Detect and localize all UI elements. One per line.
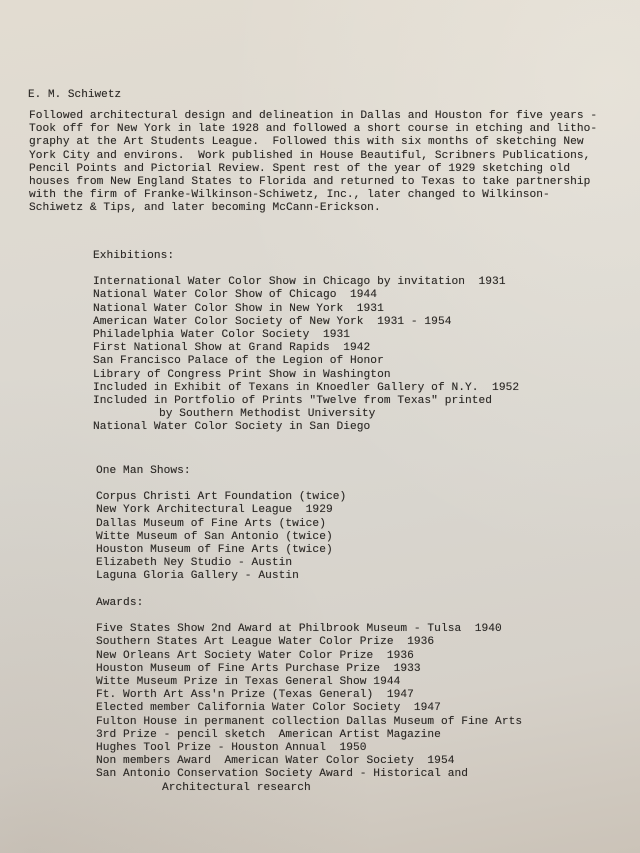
biography-paragraph: Followed architectural design and deline… bbox=[29, 110, 597, 216]
bio-line: with the firm of Franke-Wilkinson-Schiwe… bbox=[29, 189, 597, 202]
list-item: New Orleans Art Society Water Color Priz… bbox=[96, 650, 522, 663]
bio-line: Took off for New York in late 1928 and f… bbox=[29, 123, 597, 136]
list-item: Included in Portfolio of Prints "Twelve … bbox=[93, 395, 519, 408]
list-item: Hughes Tool Prize - Houston Annual 1950 bbox=[96, 742, 522, 755]
list-item: Library of Congress Print Show in Washin… bbox=[93, 369, 519, 382]
list-item: Corpus Christi Art Foundation (twice) bbox=[96, 491, 346, 504]
exhibitions-section: Exhibitions: International Water Color S… bbox=[93, 250, 519, 435]
list-item: Philadelphia Water Color Society 1931 bbox=[93, 329, 519, 342]
list-item: San Francisco Palace of the Legion of Ho… bbox=[93, 355, 519, 368]
list-item: Included in Exhibit of Texans in Knoedle… bbox=[93, 382, 519, 395]
list-item: National Water Color Society in San Dieg… bbox=[93, 421, 519, 434]
list-item: Dallas Museum of Fine Arts (twice) bbox=[96, 518, 346, 531]
list-item: Houston Museum of Fine Arts (twice) bbox=[96, 544, 346, 557]
one-man-shows-section: One Man Shows: Corpus Christi Art Founda… bbox=[96, 465, 346, 584]
bio-line: graphy at the Art Students League. Follo… bbox=[29, 136, 597, 149]
section-heading: Exhibitions: bbox=[93, 250, 519, 263]
list-item: National Water Color Show of Chicago 194… bbox=[93, 289, 519, 302]
list-item: Non members Award American Water Color S… bbox=[96, 755, 522, 768]
list-item: International Water Color Show in Chicag… bbox=[93, 276, 519, 289]
typewritten-page: E. M. Schiwetz Followed architectural de… bbox=[0, 0, 640, 853]
bio-line: Schiwetz & Tips, and later becoming McCa… bbox=[29, 202, 597, 215]
list-item: Elected member California Water Color So… bbox=[96, 702, 522, 715]
list-item: Elizabeth Ney Studio - Austin bbox=[96, 557, 346, 570]
list-item: Fulton House in permanent collection Dal… bbox=[96, 716, 522, 729]
list-item-continuation: by Southern Methodist University bbox=[93, 408, 519, 421]
bio-line: houses from New England States to Florid… bbox=[29, 176, 597, 189]
list-item: National Water Color Show in New York 19… bbox=[93, 303, 519, 316]
list-item: 3rd Prize - pencil sketch American Artis… bbox=[96, 729, 522, 742]
list-item: Witte Museum of San Antonio (twice) bbox=[96, 531, 346, 544]
bio-line: Pencil Points and Pictorial Review. Spen… bbox=[29, 163, 597, 176]
bio-line: York City and environs. Work published i… bbox=[29, 150, 597, 163]
list-item: Five States Show 2nd Award at Philbrook … bbox=[96, 623, 522, 636]
section-heading: One Man Shows: bbox=[96, 465, 346, 478]
list-item: Laguna Gloria Gallery - Austin bbox=[96, 570, 346, 583]
list-item: American Water Color Society of New York… bbox=[93, 316, 519, 329]
section-heading: Awards: bbox=[96, 597, 522, 610]
list-item: Ft. Worth Art Ass'n Prize (Texas General… bbox=[96, 689, 522, 702]
list-item-continuation: Architectural research bbox=[96, 782, 522, 795]
awards-section: Awards: Five States Show 2nd Award at Ph… bbox=[96, 597, 522, 795]
list-item: Houston Museum of Fine Arts Purchase Pri… bbox=[96, 663, 522, 676]
bio-line: Followed architectural design and deline… bbox=[29, 110, 597, 123]
author-name: E. M. Schiwetz bbox=[28, 89, 121, 102]
list-item: San Antonio Conservation Society Award -… bbox=[96, 768, 522, 781]
list-item: New York Architectural League 1929 bbox=[96, 504, 346, 517]
list-item: Southern States Art League Water Color P… bbox=[96, 636, 522, 649]
list-item: First National Show at Grand Rapids 1942 bbox=[93, 342, 519, 355]
list-item: Witte Museum Prize in Texas General Show… bbox=[96, 676, 522, 689]
